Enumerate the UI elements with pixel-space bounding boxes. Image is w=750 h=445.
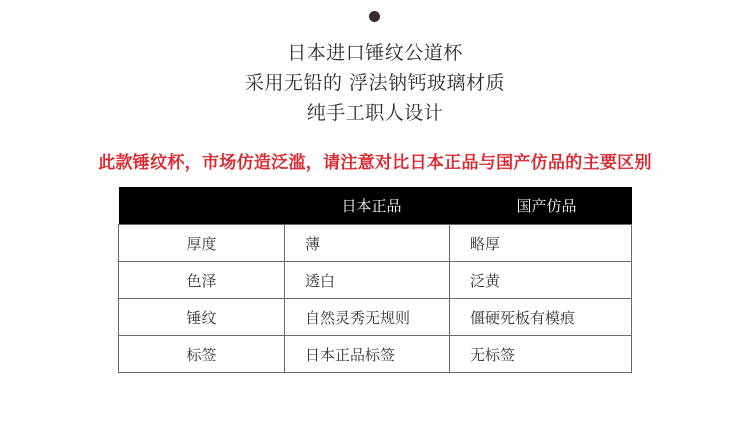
row-attribute: 色泽 [119,262,285,299]
genuine-value: 自然灵秀无规则 [285,299,450,336]
intro-line-1: 日本进口锤纹公道杯 [0,38,750,65]
table-row: 色泽 透白 泛黄 [119,262,632,299]
comparison-table: 日本正品 国产仿品 厚度 薄 略厚 色泽 透白 泛黄 锤纹 自然灵秀无规则 僵硬… [118,187,632,373]
imitation-value: 无标签 [450,336,632,373]
row-attribute: 厚度 [119,225,285,262]
imitation-value: 僵硬死板有模痕 [450,299,632,336]
header-imitation: 国产仿品 [450,187,632,225]
counterfeit-warning: 此款锤纹杯，市场仿造泛滥，请注意对比日本正品与国产仿品的主要区别 [0,148,750,173]
decorative-dot [369,11,380,22]
row-attribute: 标签 [119,336,285,373]
intro-line-3: 纯手工职人设计 [0,98,750,125]
genuine-value: 薄 [285,225,450,262]
imitation-value: 略厚 [450,225,632,262]
table-row: 厚度 薄 略厚 [119,225,632,262]
table-header-row: 日本正品 国产仿品 [119,187,632,225]
intro-line-2: 采用无铅的 浮法钠钙玻璃材质 [0,68,750,95]
genuine-value: 透白 [285,262,450,299]
row-attribute: 锤纹 [119,299,285,336]
header-genuine: 日本正品 [285,187,450,225]
genuine-value: 日本正品标签 [285,336,450,373]
table-row: 标签 日本正品标签 无标签 [119,336,632,373]
header-blank [119,187,285,225]
imitation-value: 泛黄 [450,262,632,299]
table-row: 锤纹 自然灵秀无规则 僵硬死板有模痕 [119,299,632,336]
